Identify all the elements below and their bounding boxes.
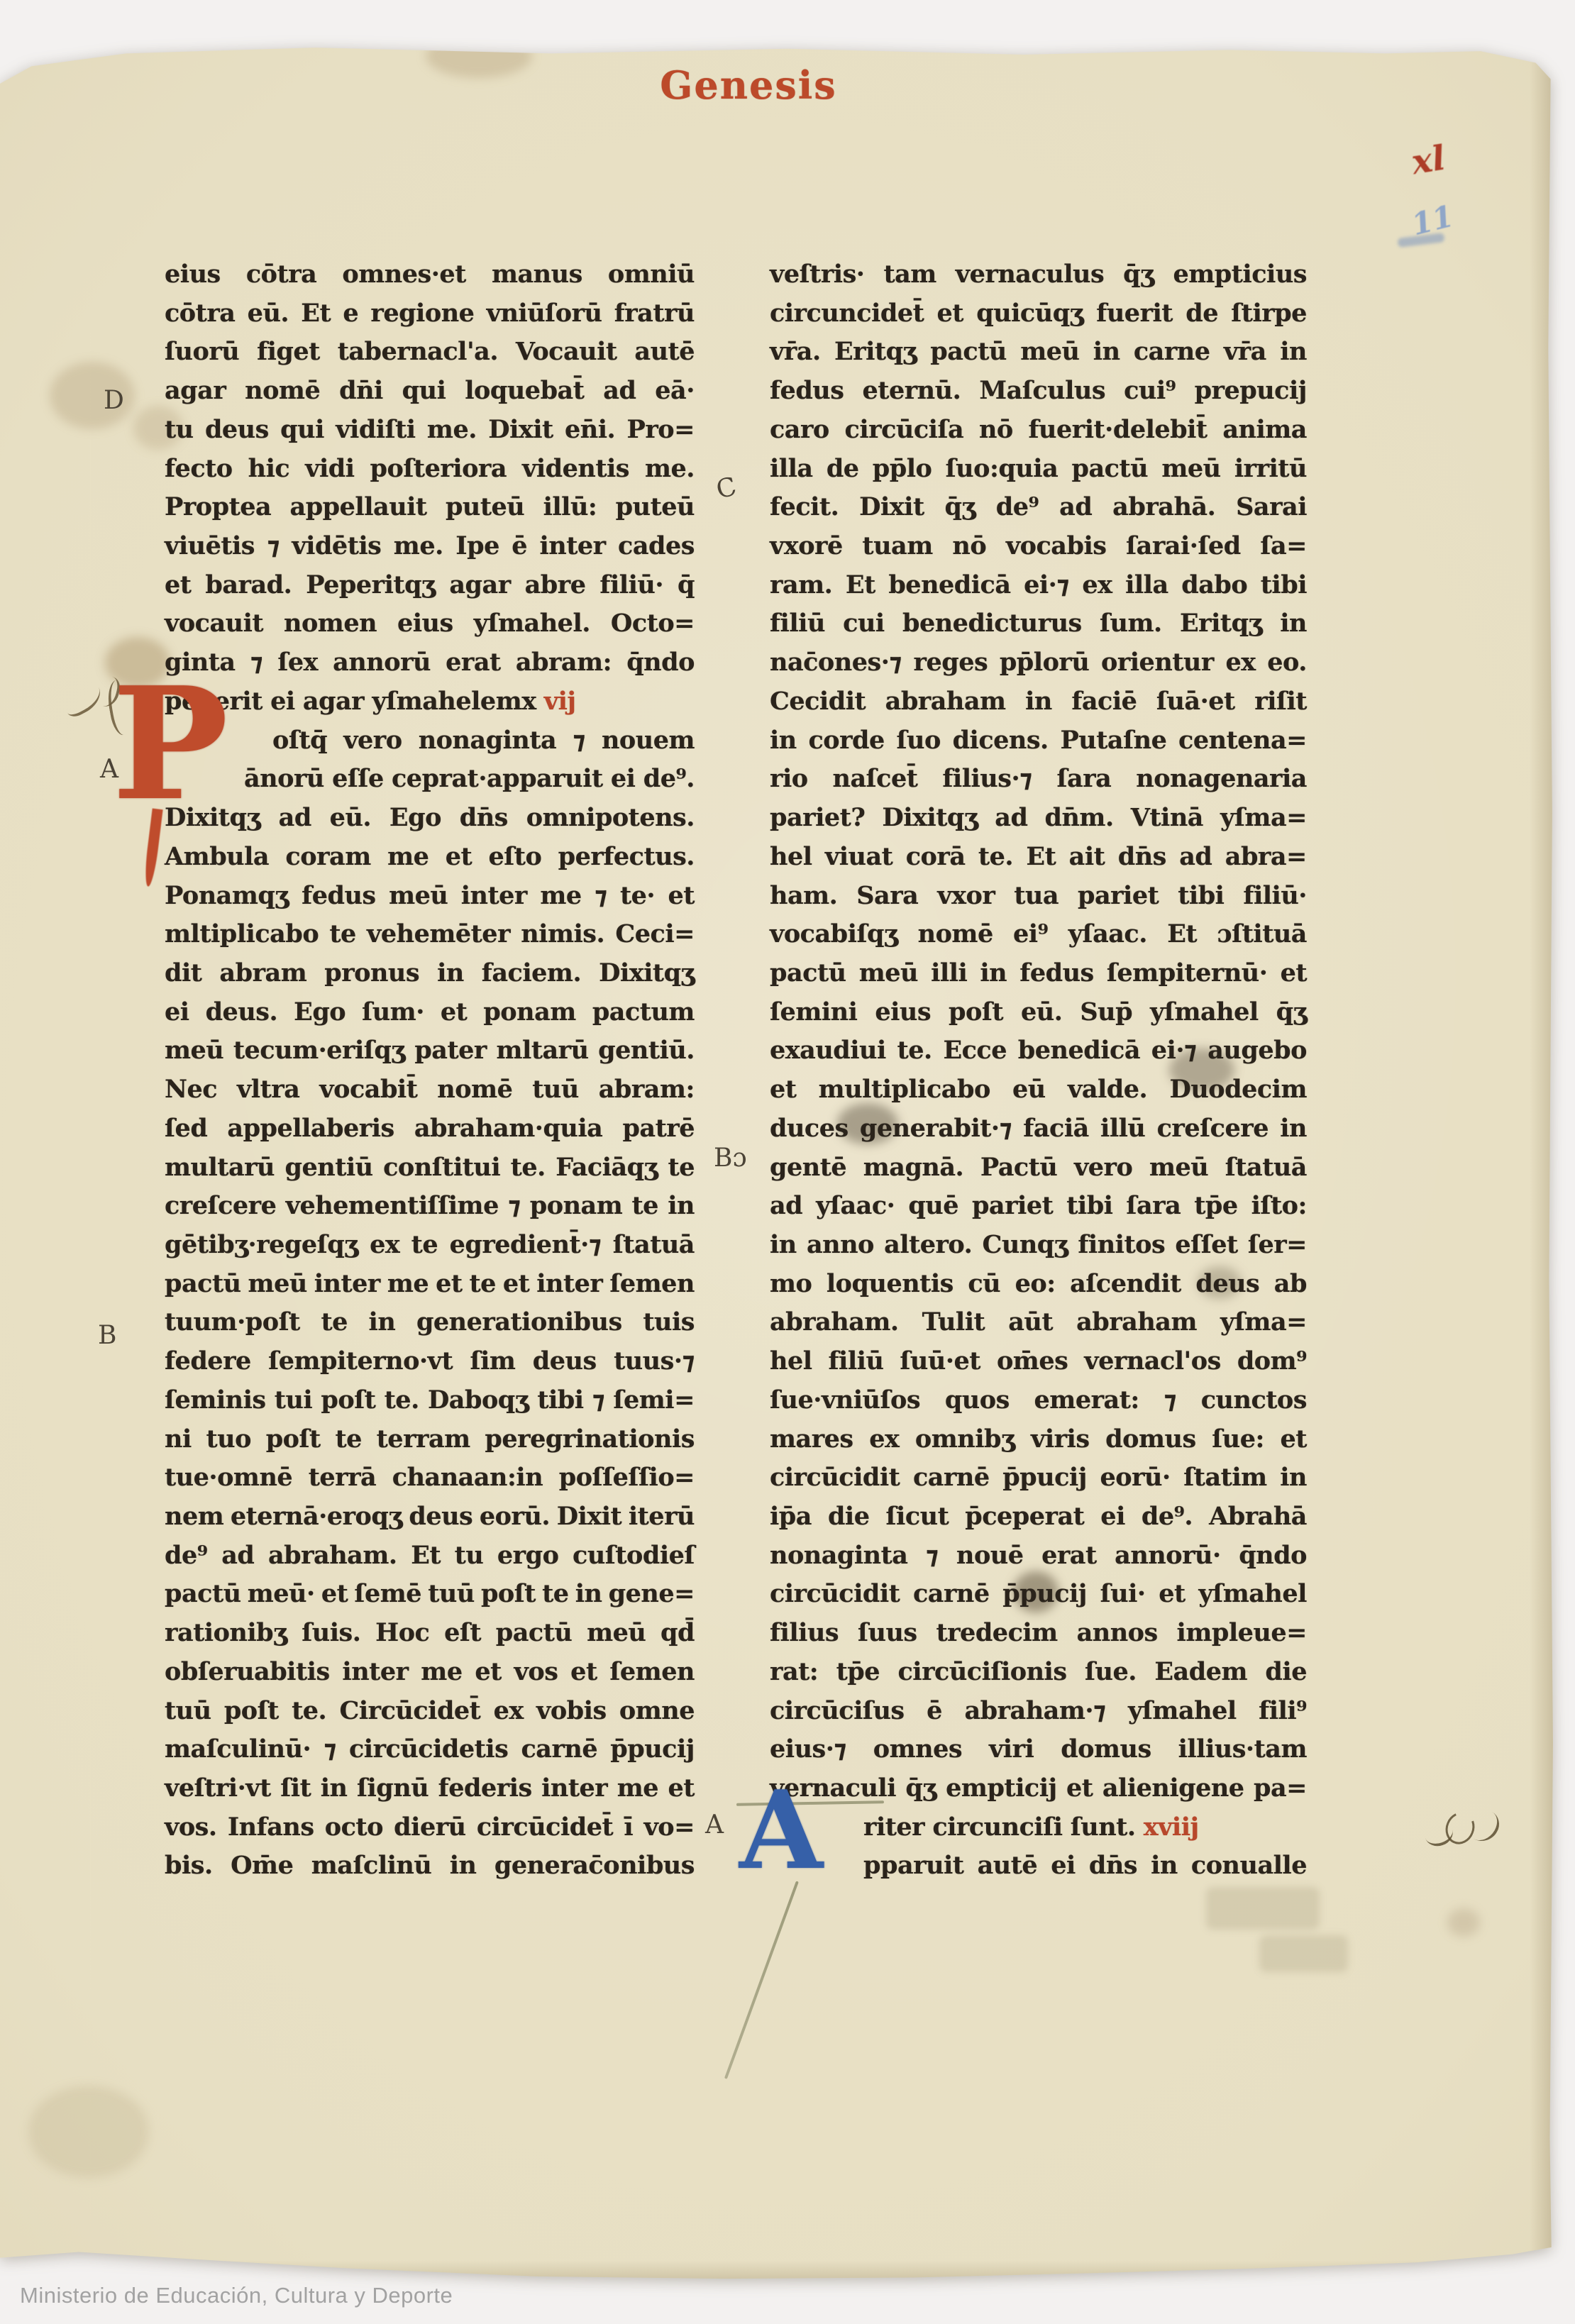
text-line: ip̄adieſicutp̄ceperateide⁹.Abrahā	[770, 1502, 1307, 1541]
text-line: helviuatcorāte.Etaitdn̄sadabra=	[770, 842, 1307, 881]
text-line: tue·omnēterrāchanaan:inpoſſeſſio=	[165, 1463, 695, 1502]
text-line: etbarad.Peperitqʒagarabrefiliū·q̄	[165, 570, 695, 609]
text-line: veſtri·vtſitinſignūfederisintermeet	[165, 1774, 695, 1813]
text-line: ham.Saravxortuapariettibifiliū·	[770, 881, 1307, 920]
text-line: ſeminieiuspoſteū.Sup̄yſmahelq̄ʒ	[770, 997, 1307, 1036]
text-line: nac̄ones·⁊regespp̄lorūorienturexeo.	[770, 648, 1307, 687]
text-line: ram.Etbenedicāei·⁊exilladabotibi	[770, 570, 1307, 609]
text-line: pactūmeūintermeetteetinterſemen	[165, 1269, 695, 1308]
text-line: circūciſusēabraham·⁊yſmahelfili⁹	[770, 1696, 1307, 1735]
text-line: tuum·poſtteingenerationibustuis	[165, 1307, 695, 1346]
text-line: pariet?Dixitqʒaddn̄m.Vtināyſma=	[770, 803, 1307, 842]
show-through-ghost	[1259, 1935, 1348, 1972]
guide-letter-a-right: A	[705, 1810, 724, 1839]
text-line: eius·⁊omnesviridomusillius·tam	[770, 1734, 1307, 1774]
text-line: ritercircunciſiſunt.xviij	[770, 1813, 1307, 1852]
text-line: tudeusquividiſtime.Dixiten̄i.Pro=	[165, 415, 695, 454]
text-line: Necvltravocabit̄nomētuūabram:	[165, 1075, 695, 1114]
text-line: ſedappellaberisabraham·quiapatrē	[165, 1114, 695, 1153]
chapter-18-initial-flourish-tail	[724, 1881, 799, 2079]
text-line: feduseternū.Maſculuscui⁹prepucij	[770, 376, 1307, 415]
text-line: oſtq̄verononaginta⁊nouem	[165, 726, 695, 765]
text-line: rationibʒſuis.Hoceſtpactūmeūqd̄	[165, 1618, 695, 1657]
text-line: circūciditcarnēp̄pucijeorū·ſtatimin	[770, 1463, 1307, 1502]
text-line: rat:tp̄ecircūciſionisſue.Eademdie	[770, 1657, 1307, 1696]
text-line: agarnomēdn̄iquiloquebat̄adeā·	[165, 376, 695, 415]
guide-letter-b-left: B	[98, 1321, 116, 1350]
text-line: Ceciditabrahaminfaciēſuā·etriſit	[770, 687, 1307, 726]
text-line: filiusſuustredecimannosimpleue=	[770, 1618, 1307, 1657]
parchment-wrapper: Genesis xl 11 D A B C Bɔ A eiuscōtraomne…	[0, 0, 1575, 2324]
show-through-ghost	[1206, 1887, 1320, 1930]
text-line: rionaſcet̄filius·⁊ſaranonagenaria	[770, 764, 1307, 803]
text-column-right: veſtris·tamvernaculusq̄ʒempticiuscircunc…	[770, 260, 1307, 1890]
chapter-18-initial-a: A	[739, 1782, 823, 1879]
text-line: nituopoſtteterramperegrinationis	[165, 1424, 695, 1463]
text-line: pactūmeū·etſemētuūpoſtteingene=	[165, 1579, 695, 1618]
stain	[426, 34, 532, 78]
text-line: peperiteiagaryſmahelemxvij	[165, 687, 695, 726]
text-line: multarūgentiūconſtituite.Faciāqʒte	[165, 1153, 695, 1192]
text-line: etmultiplicaboeūvalde.Duodecim	[770, 1075, 1307, 1114]
guide-letter-c-right: C	[713, 472, 739, 504]
text-line: nemeternā·eroqʒdeuseorū.Dixititerū	[165, 1502, 695, 1541]
text-line: moloquentiscūeo:aſcenditdeusab	[770, 1269, 1307, 1308]
text-line: viuētis⁊vidētisme.Ipeēintercades	[165, 531, 695, 570]
text-line: illadepp̄loſuo:quiapactūmeūirritū	[770, 454, 1307, 493]
text-line: obſeruabitisintermeetvosetſemen	[165, 1657, 695, 1696]
text-line: pparuitautēeidn̄sinconualle	[770, 1851, 1307, 1890]
scanned-manuscript-page: { "document": { "running_title": "Genesi…	[0, 0, 1575, 2324]
text-line: ducesgenerabit·⁊faciāillūcreſcerein	[770, 1114, 1307, 1153]
guide-letter-d: D	[104, 386, 124, 415]
text-line: pactūmeūilliinfedusſempiternū·et	[770, 958, 1307, 997]
text-line: veſtris·tamvernaculusq̄ʒempticius	[770, 260, 1307, 299]
text-line: incordeſuodicens.Putaſnecentena=	[770, 726, 1307, 765]
text-line: tuūpoſtte.Circūcidet̄exvobisomne	[165, 1696, 695, 1735]
text-line: eideus.Egoſum·etponampactum	[165, 997, 695, 1036]
text-line: ginta⁊ſexannorūeratabram:q̄ndo	[165, 648, 695, 687]
text-line: carocircūciſanōfuerit·delebit̄anima	[770, 415, 1307, 454]
text-line: maſculinū·⁊circūcidetiscarnēp̄pucij	[165, 1734, 695, 1774]
blue-stamp-smudge	[1397, 233, 1444, 248]
margin-scribble-bottom-right	[1425, 1809, 1503, 1866]
page-edge-shadow-right	[1530, 57, 1555, 2253]
text-line: vxorētuamnōvocabisſarai·ſedſa=	[770, 531, 1307, 570]
text-line: mltiplicabotevehemēternimis.Ceci=	[165, 919, 695, 958]
guide-letter-b-right: Bɔ	[714, 1144, 747, 1173]
text-line: Propteaappellauitputeūillū:puteū	[165, 492, 695, 531]
text-line: eiuscōtraomnes·etmanusomniū	[165, 260, 695, 299]
foliation-red-mark: xl	[1409, 138, 1448, 183]
text-line: filiūcuibenedicturusſum.Eritqʒin	[770, 609, 1307, 648]
stain	[1447, 1908, 1480, 1937]
text-line: cōtraeū.Eteregionevniūſorūfratrū	[165, 299, 695, 338]
text-line: ſuorūfigettabernacl'a.Vocauitautē	[165, 337, 695, 376]
text-line: ditabrampronusinfaciem.Dixitqʒ	[165, 958, 695, 997]
text-line: vocabiſqʒnomēei⁹yſaac.Etɔſtituā	[770, 919, 1307, 958]
page-edge-shadow-bottom	[0, 2260, 1547, 2280]
text-line: federeſempiterno·vtſimdeustuus·⁊	[165, 1346, 695, 1385]
text-line: ānorūeſſeceprat·apparuiteide⁹.	[165, 764, 695, 803]
text-line: ſue·vniūſosquosemerat:⁊cunctos	[770, 1385, 1307, 1424]
text-line: Dixitqʒadeū.Egodn̄somnipotens.	[165, 803, 695, 842]
text-line: adyſaac·quēpariettibiſaratp̄eiſto:	[770, 1191, 1307, 1230]
text-line: vr̄a.Eritqʒpactūmeūincarnevr̄ain	[770, 337, 1307, 376]
text-line: helfiliūſuū·etom̄esvernacl'osdom⁹	[770, 1346, 1307, 1385]
text-line: circuncidet̄etquicūqʒfueritdeſtirpe	[770, 299, 1307, 338]
text-line: Ponamqʒfedusmeūinterme⁊te·et	[165, 881, 695, 920]
chapter-17-initial-p: P	[112, 681, 228, 808]
text-line: de⁹adabraham.Ettuergocuſtodieſ	[165, 1541, 695, 1580]
text-line: Ambulacorammeeteſtoperfectus.	[165, 842, 695, 881]
parchment-page: Genesis xl 11 D A B C Bɔ A eiuscōtraomne…	[0, 0, 1575, 2324]
stain	[28, 2086, 149, 2178]
text-line: fectohicvidipoſterioravidentisme.	[165, 454, 695, 493]
text-line: bis.Om̄emaſclinūingenerac̄onibus	[165, 1851, 695, 1890]
text-line: abraham.Tulitaūtabrahamyſma=	[770, 1307, 1307, 1346]
running-title: Genesis	[660, 62, 837, 108]
text-line: circūciditcarnēp̄pucijſui·etyſmahel	[770, 1579, 1307, 1618]
text-line: creſcerevehementiſſime⁊ponamtein	[165, 1191, 695, 1230]
watermark-text: Ministerio de Educación, Cultura y Depor…	[20, 2283, 453, 2308]
text-line: vocauitnomeneiusyſmahel.Octo=	[165, 609, 695, 648]
text-line: inannoaltero.Cunqʒfinitoseſſetſer=	[770, 1230, 1307, 1269]
text-line: maresexomnibʒvirisdomusſue:et	[770, 1424, 1307, 1463]
text-line: gentēmagnā.Pactūveromeūſtatuā	[770, 1153, 1307, 1192]
text-column-left: eiuscōtraomnes·etmanusomniūcōtraeū.Etere…	[165, 260, 695, 1890]
text-line: exaudiuite.Eccebenedicāei·⁊augebo	[770, 1036, 1307, 1075]
text-line: meūtecum·eriſqʒpatermltarūgentiū.	[165, 1036, 695, 1075]
text-line: ſeministuipoſtte.Daboqʒtibi⁊ſemi=	[165, 1385, 695, 1424]
text-line: vernaculiq̄ʒempticijetalienigenepa=	[770, 1774, 1307, 1813]
text-line: fecit.Dixitq̄ʒde⁹adabrahā.Sarai	[770, 492, 1307, 531]
text-line: vos.Infansoctodierūcircūcidet̄īvo=	[165, 1813, 695, 1852]
text-line: gētibʒ·regeſqʒexteegredient̄·⁊ſtatuā	[165, 1230, 695, 1269]
text-line: nonaginta⁊nouēeratannorū·q̄ndo	[770, 1541, 1307, 1580]
